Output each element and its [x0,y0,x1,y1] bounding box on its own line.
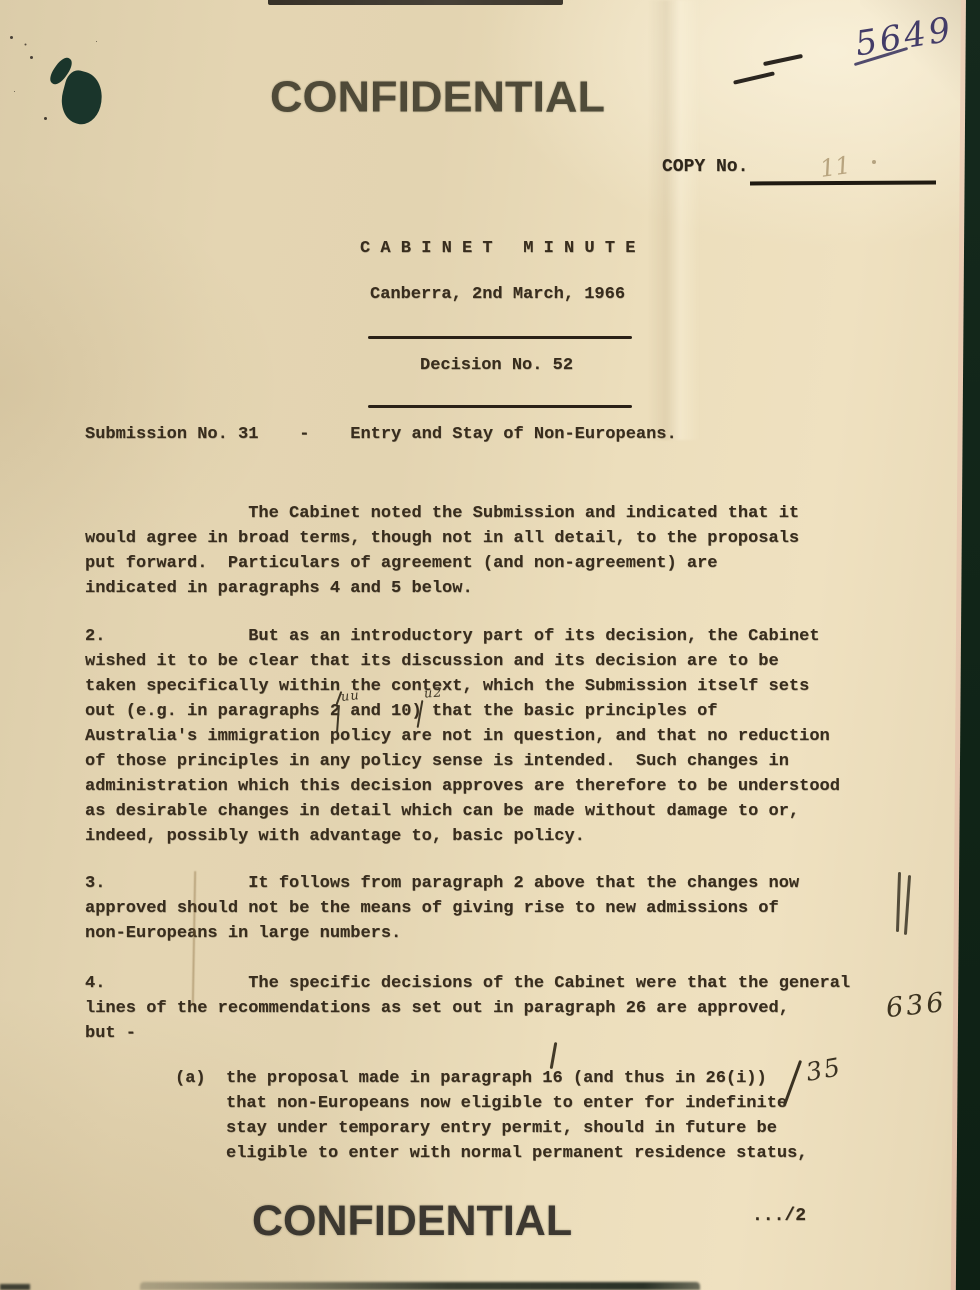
typed-line: lines of the recommendations as set out … [85,996,850,1021]
typed-line: 2. But as an introductory part of its de… [85,624,840,649]
typed-line: out (e.g. in paragraphs 2 and 10) that t… [85,699,840,724]
typed-line: approved should not be the means of givi… [85,896,799,921]
tick-mark [550,1042,557,1069]
copy-number-line [750,181,936,185]
typed-line: indeed, possibly with advantage to, basi… [85,824,840,849]
typed-line: 4. The specific decisions of the Cabinet… [85,971,850,996]
handwritten-copy-number: 11 [818,153,852,181]
typed-line: (a) the proposal made in paragraph 16 (a… [175,1066,808,1091]
typed-line: eligible to enter with normal permanent … [175,1141,808,1166]
scan-bottom-smudge [140,1282,700,1290]
typed-line: that non-Europeans now eligible to enter… [175,1091,808,1116]
typed-line: administration which this decision appro… [85,774,840,799]
typed-line: wished it to be clear that its discussio… [85,649,840,674]
classification-stamp-bottom: CONFIDENTIAL [252,1200,572,1243]
handwritten-margin-ref: 636 [885,989,948,1022]
double-tick-mark [904,875,911,935]
handwritten-insert-note-right: u2 [424,686,444,700]
double-tick-mark [896,872,901,932]
ink-specks [10,36,13,39]
decision-number: Decision No. 52 [420,353,573,378]
typed-line: taken specifically within the context, w… [85,674,840,699]
typed-line: but - [85,1021,850,1046]
handwritten-insert-note-left: uu [340,689,360,704]
paragraph-2: 2. But as an introductory part of its de… [85,624,840,849]
paper-crease [648,0,700,440]
classification-stamp-top: CONFIDENTIAL [270,75,605,118]
copy-number-label: COPY No. [662,155,748,180]
typed-line: put forward. Particulars of agreement (a… [85,551,799,576]
typed-line: as desirable changes in detail which can… [85,799,840,824]
typed-line: indicated in paragraphs 4 and 5 below. [85,576,799,601]
handwritten-item-ref: 35 [804,1054,844,1085]
typed-line: The Cabinet noted the Submission and ind… [85,501,799,526]
scanned-page: 5649 CONFIDENTIAL COPY No. 11 C A B I N … [0,0,980,1290]
typed-line: would agree in broad terms, though not i… [85,526,799,551]
document-title: C A B I N E T M I N U T E [360,236,635,261]
paragraph-4: 4. The specific decisions of the Cabinet… [85,971,850,1046]
typed-line: 3. It follows from paragraph 2 above tha… [85,871,799,896]
typed-line: stay under temporary entry permit, shoul… [175,1116,808,1141]
subject-line: Submission No. 31 - Entry and Stay of No… [85,422,677,447]
page-continuation-marker: .../2 [752,1204,806,1229]
paragraph-1: The Cabinet noted the Submission and ind… [85,501,799,601]
pen-dash-mark [763,54,803,66]
scan-top-strip [268,0,563,5]
pen-dot [872,160,876,164]
divider-rule [368,336,632,339]
pen-dash-mark [733,71,775,84]
typed-line: of those principles in any policy sense … [85,749,840,774]
dateline: Canberra, 2nd March, 1966 [370,282,625,307]
divider-rule [368,405,632,408]
scan-bottom-corner [0,1284,30,1290]
list-item-a: (a) the proposal made in paragraph 16 (a… [175,1066,808,1166]
typed-line: Australia's immigration policy are not i… [85,724,840,749]
